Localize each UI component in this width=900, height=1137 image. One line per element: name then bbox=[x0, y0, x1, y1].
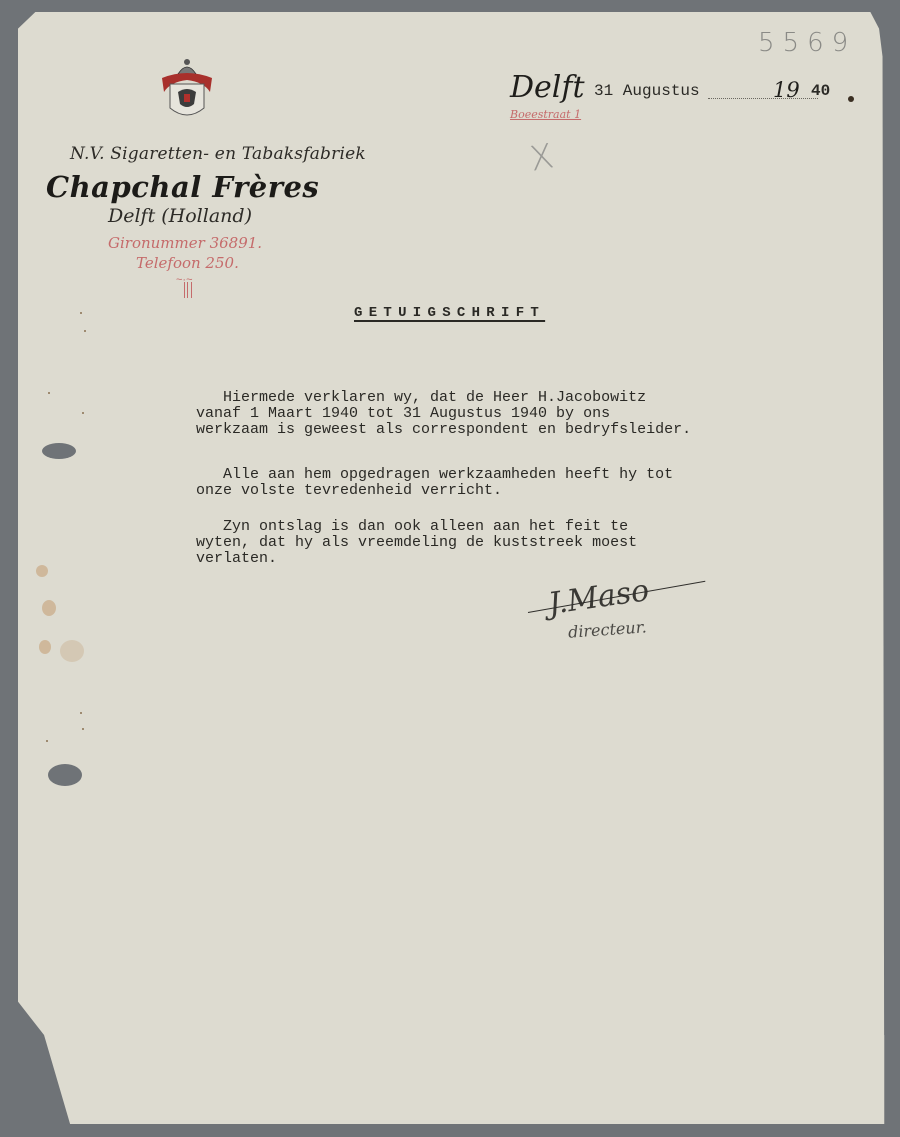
year-typed: 40 bbox=[811, 82, 830, 100]
coat-of-arms-icon bbox=[156, 56, 218, 128]
year-prefix: 19 bbox=[773, 78, 800, 102]
speck bbox=[80, 312, 82, 314]
letterhead-city: Delft (Holland) bbox=[108, 205, 252, 227]
company-name: Chapchal Frères bbox=[46, 170, 319, 204]
ornament-line-center bbox=[187, 282, 188, 298]
punch-hole-bottom bbox=[48, 764, 82, 786]
giro-number: Gironummer 36891. bbox=[108, 234, 262, 252]
paragraph-satisfaction: Alle aan hem opgedragen werkzaamheden he… bbox=[196, 467, 673, 499]
letterhead-tagline: N.V. Sigaretten- en Tabaksfabriek bbox=[70, 144, 366, 164]
rust-stain bbox=[42, 600, 56, 616]
speck bbox=[84, 330, 86, 332]
rust-stain bbox=[60, 640, 84, 662]
street-address: Boeestraat 1 bbox=[510, 108, 581, 121]
speck bbox=[48, 392, 50, 394]
signature-title: directeur. bbox=[567, 617, 647, 641]
speck bbox=[46, 740, 48, 742]
rust-stain bbox=[39, 640, 51, 654]
date-place: Delft bbox=[510, 70, 585, 105]
date-typed: 31 Augustus bbox=[594, 82, 700, 100]
signature: J.Maso bbox=[546, 573, 651, 622]
speck bbox=[80, 712, 82, 714]
telephone-number: Telefoon 250. bbox=[136, 254, 239, 272]
document-title: GETUIGSCHRIFT bbox=[354, 305, 545, 321]
speck bbox=[82, 412, 84, 414]
archive-number: 5569 bbox=[758, 28, 856, 58]
rust-stain bbox=[36, 565, 48, 577]
pencil-mark: X bbox=[527, 136, 557, 179]
ink-spot bbox=[848, 96, 854, 102]
paragraph-dismissal: Zyn ontslag is dan ook alleen aan het fe… bbox=[196, 519, 637, 567]
punch-hole-top bbox=[42, 443, 76, 459]
letter-content: N.V. Sigaretten- en Tabaksfabriek Chapch… bbox=[18, 12, 886, 1124]
ornament-lines bbox=[184, 282, 192, 298]
speck bbox=[82, 728, 84, 730]
date-dotted-line bbox=[708, 98, 818, 99]
paragraph-employment: Hiermede verklaren wy, dat de Heer H.Jac… bbox=[196, 390, 691, 438]
